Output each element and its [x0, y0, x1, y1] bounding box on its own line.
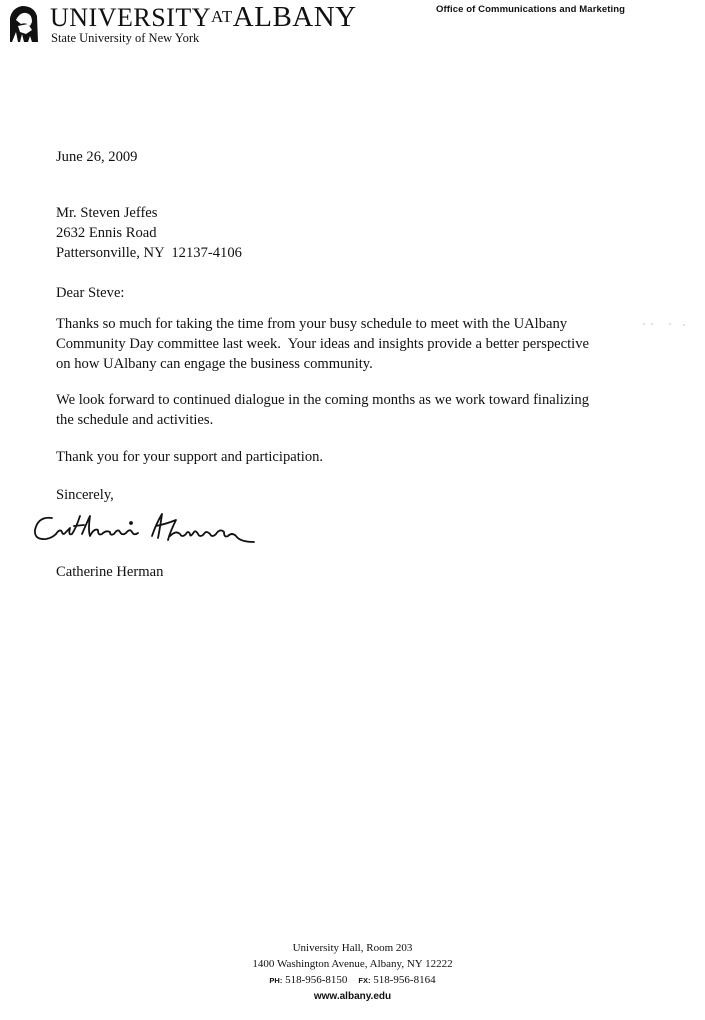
university-logo-icon — [6, 4, 42, 44]
salutation: Dear Steve: — [56, 283, 124, 303]
footer-contact: PH: 518-956-8150 FX: 518-956-8164 — [0, 972, 705, 989]
signer-name: Catherine Herman — [56, 562, 163, 582]
recipient-street: 2632 Ennis Road — [56, 223, 242, 243]
fax-number: 518-956-8164 — [373, 974, 435, 986]
paragraph-line: on how UAlbany can engage the business c… — [56, 354, 589, 374]
paragraph-3: Thank you for your support and participa… — [56, 447, 323, 467]
website-link[interactable]: www.albany.edu — [0, 989, 705, 1005]
phone-label: PH: — [269, 976, 282, 985]
paragraph-line: We look forward to continued dialogue in… — [56, 390, 589, 410]
recipient-name: Mr. Steven Jeffes — [56, 203, 242, 223]
handwritten-signature-icon — [30, 506, 260, 556]
fax-label: FX: — [358, 976, 370, 985]
paragraph-line: Thanks so much for taking the time from … — [56, 314, 589, 334]
recipient-city: Pattersonville, NY 12137-4106 — [56, 243, 242, 263]
brand-albany: ALBANY — [233, 1, 357, 33]
letter-date: June 26, 2009 — [56, 147, 137, 167]
footer-address: 1400 Washington Avenue, Albany, NY 12222 — [0, 956, 705, 972]
brand-subtitle: State University of New York — [51, 31, 199, 46]
phone-number: 518-956-8150 — [285, 974, 347, 986]
recipient-address: Mr. Steven Jeffes 2632 Ennis Road Patter… — [56, 203, 242, 263]
footer-building: University Hall, Room 203 — [0, 940, 705, 956]
paragraph-line: the schedule and activities. — [56, 410, 589, 430]
brand-university: UNIVERSITY — [50, 3, 211, 32]
university-brand: UNIVERSITYATALBANY — [50, 2, 357, 33]
paragraph-2: We look forward to continued dialogue in… — [56, 390, 589, 430]
paragraph-line: Thank you for your support and participa… — [56, 447, 323, 467]
scan-speck — [640, 313, 690, 316]
office-name: Office of Communications and Marketing — [436, 4, 625, 15]
paragraph-1: Thanks so much for taking the time from … — [56, 314, 589, 374]
paragraph-line: Community Day committee last week. Your … — [56, 334, 589, 354]
closing: Sincerely, — [56, 485, 114, 505]
brand-at: AT — [211, 7, 233, 26]
letterhead-footer: University Hall, Room 203 1400 Washingto… — [0, 940, 705, 1005]
